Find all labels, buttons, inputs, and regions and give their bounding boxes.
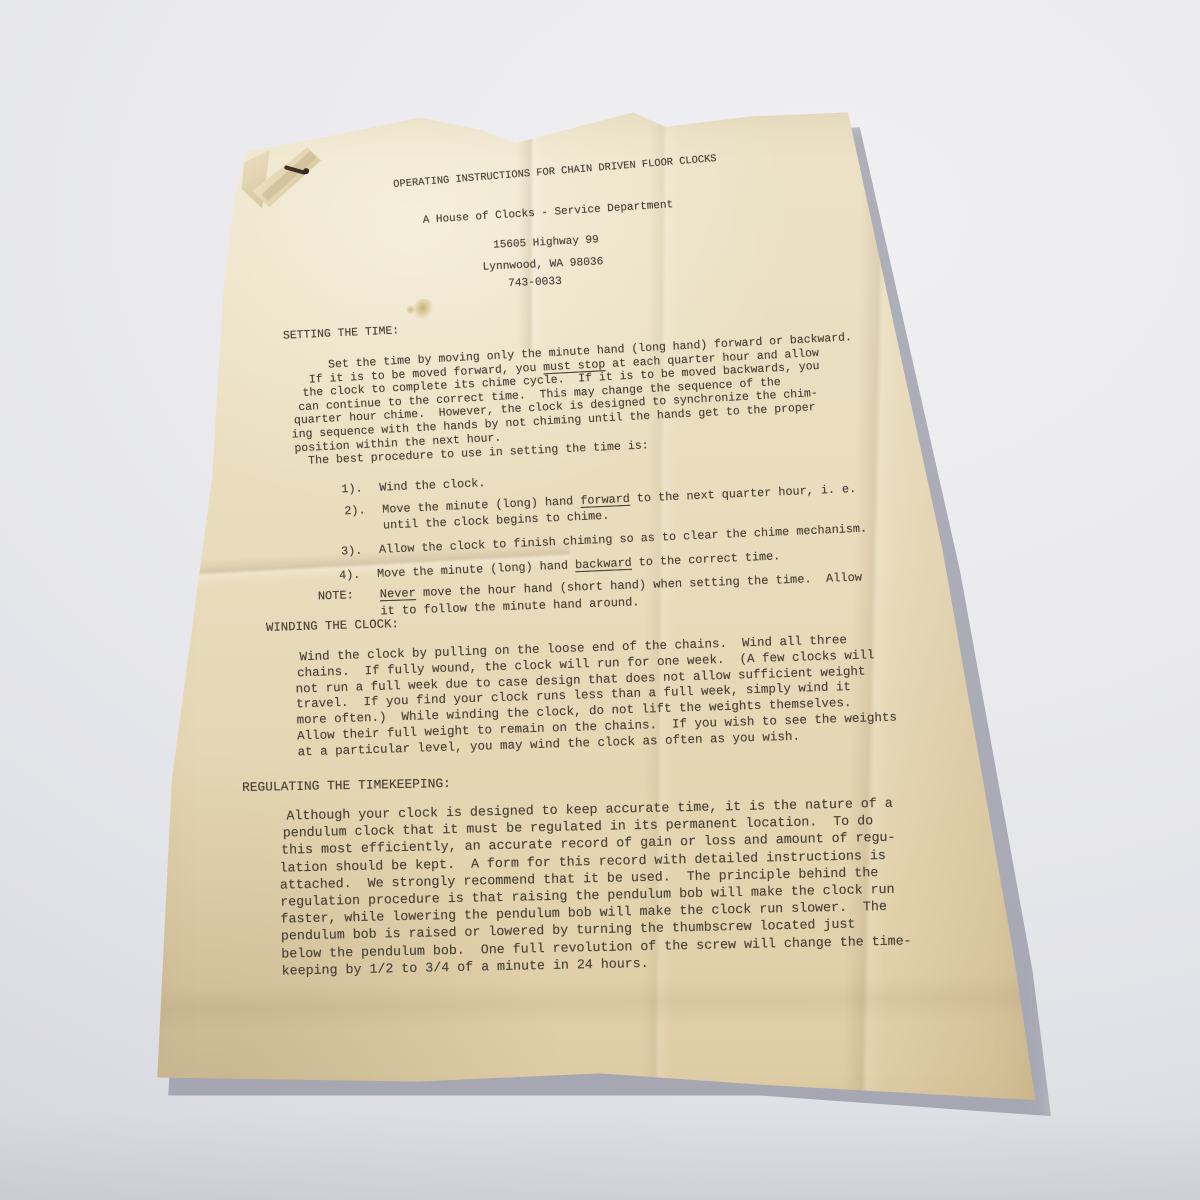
photo: OPERATING INSTRUCTIONS FOR CHAIN DRIVEN … [0,0,1200,1200]
section-heading-regulating-the-timekeeping: REGULATING THE TIMEKEEPING: [242,776,451,795]
note-label: NOTE: [318,586,381,621]
document-header: OPERATING INSTRUCTIONS FOR CHAIN DRIVEN … [270,166,840,306]
procedure-step-list: 1).Wind the clock.2).Move the minute (lo… [338,459,868,584]
setting-intro-paragraph: Set the time by moving only the minute h… [284,331,857,456]
document-title: OPERATING INSTRUCTIONS FOR CHAIN DRIVEN … [270,143,839,201]
winding-paragraph: Wind the clock by pulling on the loose e… [294,632,897,761]
horizontal-crease [140,974,1051,1033]
step-number: 2). [344,502,383,536]
section-heading-setting-the-time: SETTING THE TIME: [283,325,400,342]
paper-sheet: OPERATING INSTRUCTIONS FOR CHAIN DRIVEN … [140,100,1050,1130]
step-number: 4). [339,566,378,584]
step-number: 1). [341,480,380,498]
regulating-paragraph: Although your clock is designed to keep … [278,794,912,979]
text-line: Wind the clock. [379,475,486,496]
section-heading-winding-the-clock: WINDING THE CLOCK: [266,617,399,635]
step-text: Wind the clock. [379,475,486,496]
step-number: 3). [341,542,380,560]
